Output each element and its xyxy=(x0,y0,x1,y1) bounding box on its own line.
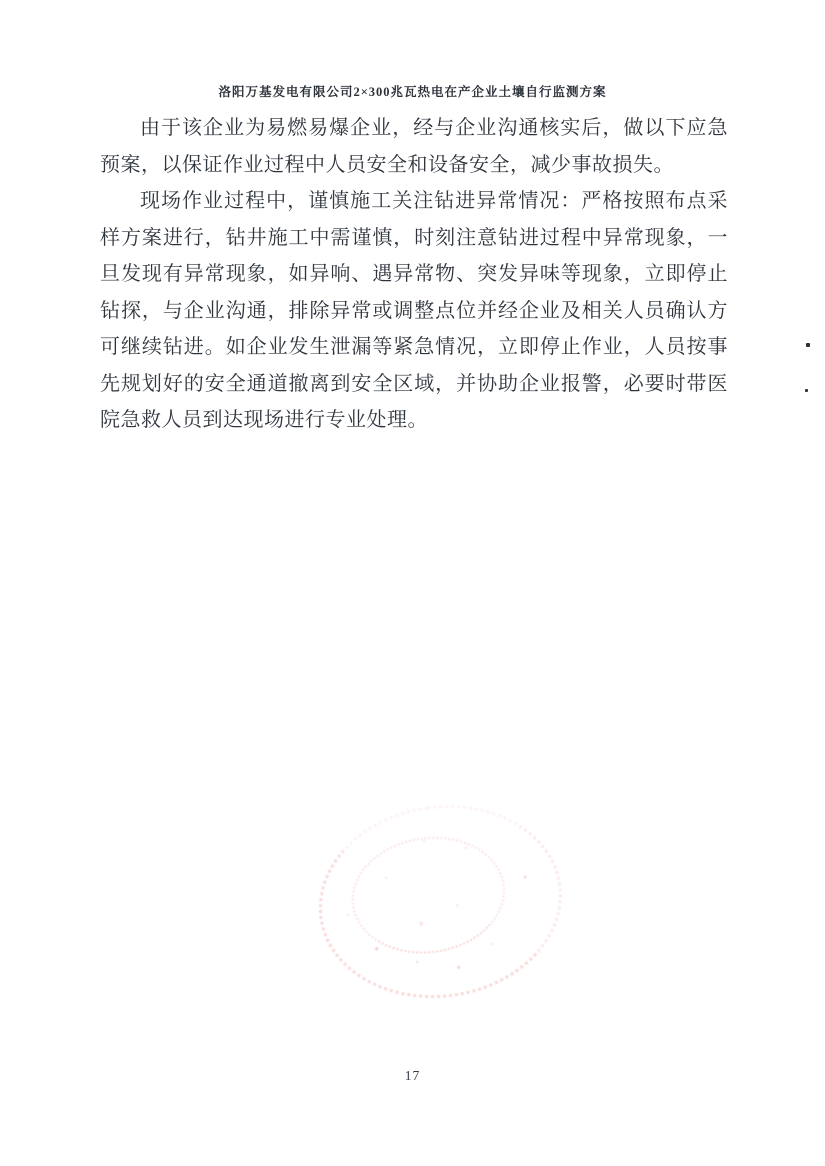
red-seal-stamp xyxy=(306,790,568,1007)
document-header: 洛阳万基发电有限公司2×300兆瓦热电在产企业土壤自行监测方案 xyxy=(0,82,825,100)
scan-artifact-dot xyxy=(805,389,808,392)
paragraph-site-operation: 现场作业过程中，谨慎施工关注钻进异常情况：严格按照布点采样方案进行，钻井施工中需… xyxy=(100,183,728,439)
document-body: 由于该企业为易燃易爆企业，经与企业沟通核实后，做以下应急预案，以保证作业过程中人… xyxy=(100,110,728,439)
stamp-outer-ring-icon xyxy=(306,790,574,1014)
stamp-inner-ring-icon xyxy=(344,827,513,963)
scan-artifact-dot xyxy=(806,343,810,347)
document-page: 洛阳万基发电有限公司2×300兆瓦热电在产企业土壤自行监测方案 由于该企业为易燃… xyxy=(0,0,825,1166)
stamp-speckle-texture xyxy=(306,790,568,1007)
page-number: 17 xyxy=(0,1068,825,1084)
paragraph-emergency-plan: 由于该企业为易燃易爆企业，经与企业沟通核实后，做以下应急预案，以保证作业过程中人… xyxy=(100,110,728,183)
